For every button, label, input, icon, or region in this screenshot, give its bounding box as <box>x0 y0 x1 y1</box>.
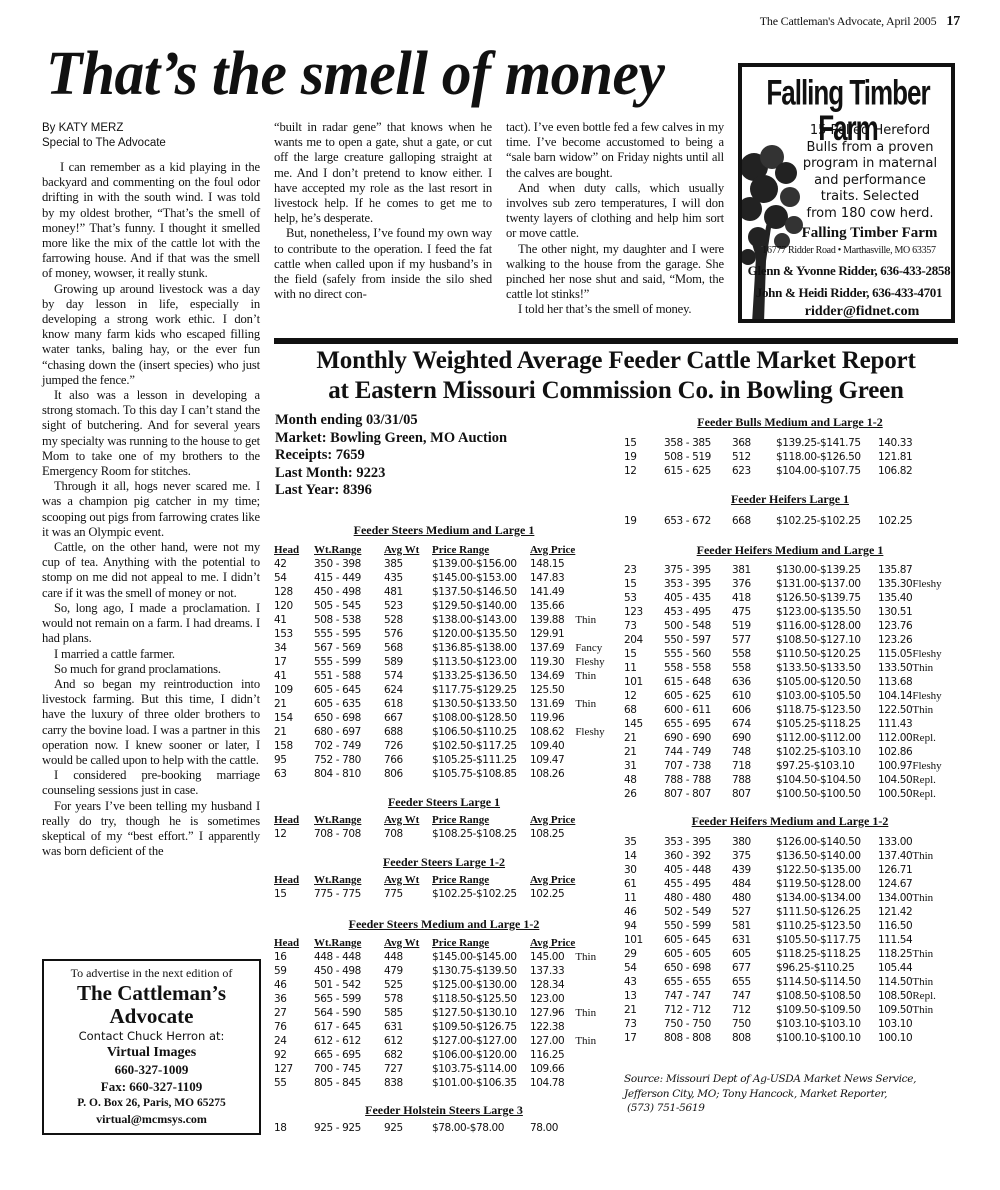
table-row: 15775 - 775775$102.25-$102.25102.25 <box>274 887 575 901</box>
grade-note <box>912 591 941 605</box>
article-headline: That’s the smell of money <box>46 38 664 110</box>
weight-range: 360 - 392 <box>664 849 732 863</box>
avg-weight: 750 <box>732 1017 776 1031</box>
weight-range: 448 - 448 <box>314 950 384 964</box>
avg-weight: 574 <box>384 669 432 683</box>
blurb-line: Bulls from a proven <box>800 140 940 157</box>
paragraph: It also was a lesson in developing a str… <box>42 388 260 479</box>
publication-name: The Cattleman’s <box>44 982 259 1004</box>
grade-note: Repl. <box>912 773 941 787</box>
report-title: Monthly Weighted Average Feeder Cattle M… <box>274 346 958 406</box>
weight-range: 750 - 750 <box>664 1017 732 1031</box>
market: Market: Bowling Green, MO Auction <box>275 430 507 448</box>
avg-weight: 838 <box>384 1076 432 1090</box>
avg-price: 118.25 <box>878 947 912 961</box>
table-row: 12708 - 708708$108.25-$108.25108.25 <box>274 827 575 841</box>
avg-weight: 480 <box>732 891 776 905</box>
grade-note: Thin <box>912 661 941 675</box>
head-count: 46 <box>274 978 314 992</box>
paragraph: I told her that’s the smell of money. <box>506 302 724 317</box>
weight-range: 358 - 385 <box>664 436 732 450</box>
head-count: 76 <box>274 1020 314 1034</box>
avg-weight: 712 <box>732 1003 776 1017</box>
head-count: 54 <box>624 961 664 975</box>
head-count: 11 <box>624 661 664 675</box>
table-row: 17808 - 808808$100.10-$100.10100.10 <box>624 1031 936 1045</box>
weight-range: 653 - 672 <box>664 514 732 528</box>
weight-range: 550 - 597 <box>664 633 732 647</box>
weight-range: 807 - 807 <box>664 787 732 801</box>
weight-range: 455 - 495 <box>664 877 732 891</box>
grade-note <box>575 964 596 978</box>
grade-note: Thin <box>575 613 604 627</box>
email: virtual@mcmsys.com <box>44 1111 259 1127</box>
price-range: $109.50-$109.50 <box>776 1003 878 1017</box>
weight-range: 612 - 612 <box>314 1034 384 1048</box>
price-range: $109.50-$126.75 <box>432 1020 530 1034</box>
price-range: $96.25-$110.25 <box>776 961 878 975</box>
head-count: 154 <box>274 711 314 725</box>
avg-weight: 435 <box>384 571 432 585</box>
avg-price: 100.10 <box>878 1031 912 1045</box>
table-row: 21605 - 635618$130.50-$133.50131.69Thin <box>274 697 605 711</box>
avg-price: 134.00 <box>878 891 912 905</box>
falling-timber-farm-ad: Falling Timber Farm 15 Polled Hereford B… <box>738 63 955 323</box>
price-range: $105.25-$118.25 <box>776 717 878 731</box>
avg-weight: 631 <box>732 933 776 947</box>
byline: By KATY MERZ Special to The Advocate <box>42 121 166 151</box>
head-count: 34 <box>274 641 314 655</box>
weight-range: 500 - 548 <box>664 619 732 633</box>
weight-range: 617 - 645 <box>314 1020 384 1034</box>
avg-price: 122.50 <box>878 703 912 717</box>
weight-range: 505 - 545 <box>314 599 384 613</box>
avg-weight: 380 <box>732 835 776 849</box>
month-ending: Month ending 03/31/05 <box>275 412 507 430</box>
weight-range: 353 - 395 <box>664 577 732 591</box>
avg-weight: 677 <box>732 961 776 975</box>
avg-price: 139.88 <box>530 613 575 627</box>
grade-note <box>912 717 941 731</box>
table-row: 12605 - 625610$103.00-$105.50104.14Flesh… <box>624 689 942 703</box>
avg-price: 133.50 <box>878 661 912 675</box>
table-row: 92665 - 695682$106.00-$120.00116.25 <box>274 1048 596 1062</box>
grade-note <box>575 585 604 599</box>
avg-price: 140.33 <box>878 436 912 450</box>
head-count: 16 <box>274 950 314 964</box>
grade-note: Repl. <box>912 787 941 801</box>
grade-note: Repl. <box>912 731 941 745</box>
avg-price: 126.71 <box>878 863 912 877</box>
section-divider <box>274 338 958 344</box>
avg-weight: 368 <box>732 436 776 450</box>
price-range: $97.25-$103.10 <box>776 759 878 773</box>
advertise-box: To advertise in the next edition of The … <box>42 959 261 1135</box>
avg-weight: 484 <box>732 877 776 891</box>
price-range: $127.50-$130.10 <box>432 1006 530 1020</box>
head-count: 13 <box>624 989 664 1003</box>
avg-price: 109.66 <box>530 1062 575 1076</box>
grade-note <box>912 877 936 891</box>
weight-range: 700 - 745 <box>314 1062 384 1076</box>
grade-note <box>912 961 936 975</box>
weight-range: 615 - 625 <box>664 464 732 478</box>
head-count: 23 <box>624 563 664 577</box>
table-row: 19653 - 672668$102.25-$102.25102.25 <box>624 514 912 528</box>
grade-note <box>912 619 941 633</box>
avg-weight: 527 <box>732 905 776 919</box>
head-count: 15 <box>274 887 314 901</box>
table-row: 109605 - 645624$117.75-$129.25125.50 <box>274 683 605 697</box>
table-row: 21690 - 690690$112.00-$112.00112.00Repl. <box>624 731 942 745</box>
grade-note: Thin <box>912 849 936 863</box>
report-meta: Month ending 03/31/05 Market: Bowling Gr… <box>275 412 507 500</box>
price-range: $134.00-$134.00 <box>776 891 878 905</box>
avg-price: 134.69 <box>530 669 575 683</box>
weight-range: 712 - 712 <box>664 1003 732 1017</box>
head-count: 31 <box>624 759 664 773</box>
price-range: $106.00-$120.00 <box>432 1048 530 1062</box>
head-count: 101 <box>624 933 664 947</box>
avg-weight: 606 <box>732 703 776 717</box>
table-row: 120505 - 545523$129.50-$140.00135.66 <box>274 599 605 613</box>
report-title-line-2: at Eastern Missouri Commission Co. in Bo… <box>274 376 958 406</box>
avg-price: 106.82 <box>878 464 912 478</box>
report-table: HeadWt.RangeAvg WtPrice RangeAvg Price15… <box>274 873 575 901</box>
weight-range: 605 - 635 <box>314 697 384 711</box>
avg-price: 145.00 <box>530 950 575 964</box>
head-count: 68 <box>624 703 664 717</box>
head-count: 15 <box>624 577 664 591</box>
head-count: 127 <box>274 1062 314 1076</box>
avg-price: 123.26 <box>878 633 912 647</box>
grade-note <box>912 835 936 849</box>
avg-weight: 381 <box>732 563 776 577</box>
price-range: $102.25-$103.10 <box>776 745 878 759</box>
column-header: Price Range <box>432 543 530 557</box>
table-row: 23375 - 395381$130.00-$139.25135.87 <box>624 563 942 577</box>
head-count: 36 <box>274 992 314 1006</box>
avg-weight: 682 <box>384 1048 432 1062</box>
head-count: 145 <box>624 717 664 731</box>
avg-price: 109.47 <box>530 753 575 767</box>
weight-range: 405 - 435 <box>664 591 732 605</box>
avg-price: 108.50 <box>878 989 912 1003</box>
column-header: Head <box>274 873 314 887</box>
avg-weight: 612 <box>384 1034 432 1048</box>
price-range: $110.50-$120.25 <box>776 647 878 661</box>
paragraph: And so began my reintroduction into live… <box>42 677 260 768</box>
weight-range: 551 - 588 <box>314 669 384 683</box>
grade-note: Fleshy <box>912 577 941 591</box>
price-range: $120.00-$135.50 <box>432 627 530 641</box>
avg-weight: 618 <box>384 697 432 711</box>
column-header: Avg Wt <box>384 873 432 887</box>
head-count: 21 <box>624 745 664 759</box>
column-header: Avg Price <box>530 543 575 557</box>
avg-weight: 581 <box>732 919 776 933</box>
avg-weight: 568 <box>384 641 432 655</box>
table-header-row: HeadWt.RangeAvg WtPrice RangeAvg Price <box>274 936 596 950</box>
weight-range: 808 - 808 <box>664 1031 732 1045</box>
head-count: 24 <box>274 1034 314 1048</box>
table-row: 13747 - 747747$108.50-$108.50108.50Repl. <box>624 989 936 1003</box>
source-line: Source: Missouri Dept of Ag-USDA Market … <box>624 1072 934 1087</box>
avg-price: 137.69 <box>530 641 575 655</box>
paragraph: “built in radar gene” that knows when he… <box>274 120 492 226</box>
head-count: 48 <box>624 773 664 787</box>
avg-weight: 775 <box>384 887 432 901</box>
price-range: $130.00-$139.25 <box>776 563 878 577</box>
avg-price: 109.40 <box>530 739 575 753</box>
weight-range: 502 - 549 <box>664 905 732 919</box>
avg-weight: 766 <box>384 753 432 767</box>
weight-range: 564 - 590 <box>314 1006 384 1020</box>
head-count: 123 <box>624 605 664 619</box>
head-count: 35 <box>624 835 664 849</box>
avg-weight: 688 <box>384 725 432 739</box>
weight-range: 567 - 569 <box>314 641 384 655</box>
avg-price: 127.00 <box>530 1034 575 1048</box>
price-range: $105.25-$111.25 <box>432 753 530 767</box>
report-table: 35353 - 395380$126.00-$140.50133.0014360… <box>624 835 936 1045</box>
grade-note <box>912 633 941 647</box>
avg-price: 135.40 <box>878 591 912 605</box>
avg-price: 109.50 <box>878 1003 912 1017</box>
avg-price: 147.83 <box>530 571 575 585</box>
column-header: Wt.Range <box>314 813 384 827</box>
table-row: 153555 - 595576$120.00-$135.50129.91 <box>274 627 605 641</box>
source-line: Jefferson City, MO; Tony Hancock, Market… <box>624 1087 934 1102</box>
weight-range: 405 - 448 <box>664 863 732 877</box>
article-column-2: “built in radar gene” that knows when he… <box>274 120 492 302</box>
avg-price: 137.33 <box>530 964 575 978</box>
avg-weight: 808 <box>732 1031 776 1045</box>
table-row: 36565 - 599578$118.50-$125.50123.00 <box>274 992 596 1006</box>
avg-weight: 806 <box>384 767 432 781</box>
avg-price: 108.26 <box>530 767 575 781</box>
head-count: 41 <box>274 669 314 683</box>
grade-note: Thin <box>575 1034 596 1048</box>
price-range: $102.50-$117.25 <box>432 739 530 753</box>
avg-price: 111.54 <box>878 933 912 947</box>
weight-range: 747 - 747 <box>664 989 732 1003</box>
column-header: Head <box>274 813 314 827</box>
weight-range: 605 - 625 <box>664 689 732 703</box>
table-row: 21744 - 749748$102.25-$103.10102.86 <box>624 745 942 759</box>
paragraph: And when duty calls, which usually invol… <box>506 181 724 242</box>
farm-contact-2: John & Heidi Ridder, 636-433-4701 <box>744 285 954 301</box>
column-header: Wt.Range <box>314 936 384 950</box>
section-title: Feeder Heifers Medium and Large 1-2 <box>620 814 960 829</box>
table-row: 26807 - 807807$100.50-$100.50100.50Repl. <box>624 787 942 801</box>
report-table: HeadWt.RangeAvg WtPrice RangeAvg Price12… <box>274 813 575 841</box>
grade-note <box>575 739 604 753</box>
avg-price: 113.68 <box>878 675 912 689</box>
farm-name: Falling Timber Farm <box>782 225 955 242</box>
avg-price: 104.50 <box>878 773 912 787</box>
table-row: 48788 - 788788$104.50-$104.50104.50Repl. <box>624 773 942 787</box>
table-row: 43655 - 655655$114.50-$114.50114.50Thin <box>624 975 936 989</box>
grade-note <box>912 1031 936 1045</box>
price-range: $100.10-$100.10 <box>776 1031 878 1045</box>
avg-weight: 479 <box>384 964 432 978</box>
price-range: $138.00-$143.00 <box>432 613 530 627</box>
blurb-line: traits. Selected <box>800 189 940 206</box>
table-row: 154650 - 698667$108.00-$128.50119.96 <box>274 711 605 725</box>
grade-note <box>912 745 941 759</box>
paragraph: I considered pre-booking marriage counse… <box>42 768 260 798</box>
avg-price: 116.25 <box>530 1048 575 1062</box>
avg-weight: 576 <box>384 627 432 641</box>
avg-weight: 610 <box>732 689 776 703</box>
page-number: 17 <box>946 14 960 29</box>
blurb-line: and performance <box>800 173 940 190</box>
head-count: 29 <box>624 947 664 961</box>
head-count: 92 <box>274 1048 314 1062</box>
head-count: 54 <box>274 571 314 585</box>
avg-price: 114.50 <box>878 975 912 989</box>
head-count: 120 <box>274 599 314 613</box>
table-row: 204550 - 597577$108.50-$127.10123.26 <box>624 633 942 647</box>
price-range: $118.50-$125.50 <box>432 992 530 1006</box>
price-range: $137.50-$146.50 <box>432 585 530 599</box>
price-range: $102.25-$102.25 <box>776 514 878 528</box>
weight-range: 375 - 395 <box>664 563 732 577</box>
avg-weight: 376 <box>732 577 776 591</box>
head-count: 21 <box>274 725 314 739</box>
grade-note: Thin <box>912 975 936 989</box>
advertise-intro: To advertise in the next edition of <box>44 966 259 981</box>
table-row: 24612 - 612612$127.00-$127.00127.00Thin <box>274 1034 596 1048</box>
price-range: $118.00-$126.50 <box>776 450 878 464</box>
avg-weight: 385 <box>384 557 432 571</box>
table-row: 145655 - 695674$105.25-$118.25111.43 <box>624 717 942 731</box>
weight-range: 558 - 558 <box>664 661 732 675</box>
grade-note <box>575 1048 596 1062</box>
table-row: 31707 - 738718$97.25-$103.10100.97Fleshy <box>624 759 942 773</box>
table-row: 68600 - 611606$118.75-$123.50122.50Thin <box>624 703 942 717</box>
price-range: $106.50-$110.25 <box>432 725 530 739</box>
table-row: 94550 - 599581$110.25-$123.50116.50 <box>624 919 936 933</box>
source-line: (573) 751-5619 <box>624 1101 934 1116</box>
paragraph: I married a cattle farmer. <box>42 647 260 662</box>
table-row: 73500 - 548519$116.00-$128.00123.76 <box>624 619 942 633</box>
avg-price: 112.00 <box>878 731 912 745</box>
table-row: 54650 - 698677$96.25-$110.25105.44 <box>624 961 936 975</box>
weight-range: 605 - 645 <box>314 683 384 697</box>
price-range: $108.00-$128.50 <box>432 711 530 725</box>
report-table: 23375 - 395381$130.00-$139.25135.8715353… <box>624 563 942 801</box>
head-count: 101 <box>624 675 664 689</box>
grade-note <box>575 627 604 641</box>
price-range: $117.75-$129.25 <box>432 683 530 697</box>
weight-range: 480 - 480 <box>664 891 732 905</box>
avg-price: 127.96 <box>530 1006 575 1020</box>
price-range: $118.25-$118.25 <box>776 947 878 961</box>
price-range: $130.50-$133.50 <box>432 697 530 711</box>
head-count: 59 <box>274 964 314 978</box>
avg-price: 115.05 <box>878 647 912 661</box>
grade-note: Thin <box>912 891 936 905</box>
avg-price: 141.49 <box>530 585 575 599</box>
blurb-line: 15 Polled Hereford <box>800 123 940 140</box>
price-range: $139.25-$141.75 <box>776 436 878 450</box>
last-month: Last Month: 9223 <box>275 465 507 483</box>
price-range: $113.50-$123.00 <box>432 655 530 669</box>
price-range: $103.75-$114.00 <box>432 1062 530 1076</box>
blurb-line: program in maternal <box>800 156 940 173</box>
head-count: 55 <box>274 1076 314 1090</box>
avg-weight: 448 <box>384 950 432 964</box>
table-row: 128450 - 498481$137.50-$146.50141.49 <box>274 585 605 599</box>
paragraph: I can remember as a kid playing in the b… <box>42 160 260 282</box>
avg-price: 119.30 <box>530 655 575 669</box>
price-range: $145.00-$153.00 <box>432 571 530 585</box>
avg-price: 100.97 <box>878 759 912 773</box>
avg-weight: 726 <box>384 739 432 753</box>
avg-price: 111.43 <box>878 717 912 731</box>
weight-range: 555 - 560 <box>664 647 732 661</box>
head-count: 61 <box>624 877 664 891</box>
price-range: $133.50-$133.50 <box>776 661 878 675</box>
avg-weight: 512 <box>732 450 776 464</box>
price-range: $104.00-$107.75 <box>776 464 878 478</box>
weight-range: 650 - 698 <box>664 961 732 975</box>
avg-weight: 668 <box>732 514 776 528</box>
table-row: 12615 - 625623$104.00-$107.75106.82 <box>624 464 912 478</box>
avg-weight: 558 <box>732 661 776 675</box>
weight-range: 744 - 749 <box>664 745 732 759</box>
avg-weight: 708 <box>384 827 432 841</box>
table-row: 101605 - 645631$105.50-$117.75111.54 <box>624 933 936 947</box>
grade-note: Thin <box>912 1003 936 1017</box>
avg-weight: 674 <box>732 717 776 731</box>
author-affiliation: Special to The Advocate <box>42 136 166 151</box>
section-title: Feeder Heifers Medium and Large 1 <box>620 543 960 558</box>
last-year: Last Year: 8396 <box>275 482 507 500</box>
weight-range: 707 - 738 <box>664 759 732 773</box>
report-table: 19653 - 672668$102.25-$102.25102.25 <box>624 514 912 528</box>
head-count: 17 <box>274 655 314 669</box>
grade-note <box>575 711 604 725</box>
avg-weight: 727 <box>384 1062 432 1076</box>
avg-price: 130.51 <box>878 605 912 619</box>
weight-range: 655 - 655 <box>664 975 732 989</box>
grade-note <box>575 767 604 781</box>
price-range: $129.50-$140.00 <box>432 599 530 613</box>
avg-weight: 925 <box>384 1121 432 1135</box>
report-table: HeadWt.RangeAvg WtPrice RangeAvg Price16… <box>274 936 596 1090</box>
avg-price: 116.50 <box>878 919 912 933</box>
table-row: 18925 - 925925$78.00-$78.0078.00 <box>274 1121 564 1135</box>
price-range: $126.50-$139.75 <box>776 591 878 605</box>
table-row: 158702 - 749726$102.50-$117.25109.40 <box>274 739 605 753</box>
avg-price: 100.50 <box>878 787 912 801</box>
avg-weight: 747 <box>732 989 776 1003</box>
grade-note <box>912 675 941 689</box>
head-count: 12 <box>624 689 664 703</box>
avg-price: 102.25 <box>530 887 575 901</box>
price-range: $111.50-$126.25 <box>776 905 878 919</box>
weight-range: 350 - 398 <box>314 557 384 571</box>
avg-weight: 690 <box>732 731 776 745</box>
avg-price: 104.14 <box>878 689 912 703</box>
avg-price: 103.10 <box>878 1017 912 1031</box>
grade-note <box>575 753 604 767</box>
price-range: $119.50-$128.00 <box>776 877 878 891</box>
grade-note <box>575 571 604 585</box>
